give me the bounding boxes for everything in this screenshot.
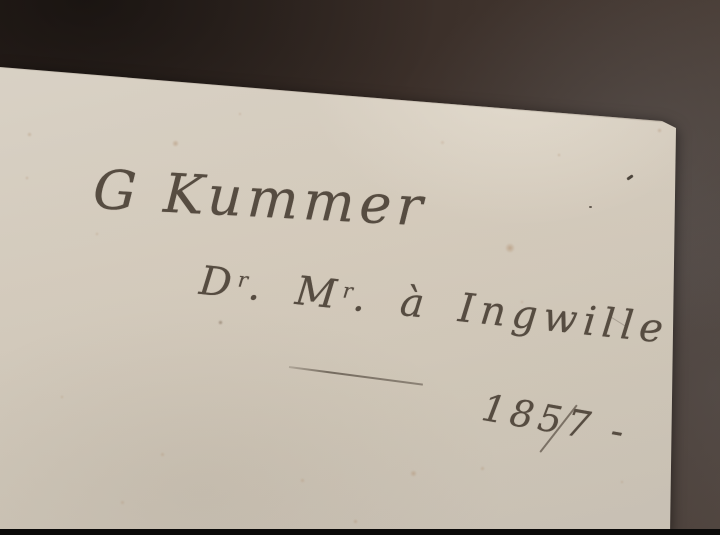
foxing-spot: [25, 176, 29, 180]
foxing-spot: [95, 232, 99, 236]
photo-of-book-inscription: G Kummer Dr. Mr. à Ingwille 1857 -: [0, 0, 720, 535]
address-text: .: [246, 263, 298, 314]
foxing-spot: [120, 500, 125, 505]
foxing-spot: [27, 132, 32, 137]
address-text: . à Ingwille: [351, 274, 672, 353]
foxing-spot: [410, 470, 417, 477]
foxing-spot: [60, 395, 64, 399]
book-page: G Kummer Dr. Mr. à Ingwille 1857 -: [0, 0, 720, 535]
foxing-spot: [353, 519, 358, 524]
foxing-spot: [172, 140, 179, 147]
foxing-spot: [480, 466, 485, 471]
page-top-edge: [0, 65, 686, 125]
foxing-spot: [557, 153, 561, 157]
foxing-spot: [238, 112, 242, 116]
foxing-spot: [300, 478, 305, 483]
foxing-spot: [505, 243, 515, 253]
inscription-name: G Kummer: [92, 158, 429, 238]
book-page-wrap: G Kummer Dr. Mr. à Ingwille 1857 -: [0, 0, 720, 535]
foxing-spot: [657, 128, 662, 133]
inscription-date: 1857 -: [479, 386, 633, 454]
address-text: M: [293, 268, 345, 319]
ink-mark: [589, 206, 592, 208]
foxing-spot: [218, 320, 223, 325]
photo-bottom-edge: [0, 529, 720, 535]
foxing-spot: [620, 480, 624, 484]
foxing-spot: [440, 140, 445, 145]
inscription-underline: [289, 366, 423, 386]
inscription-address: Dr. Mr. à Ingwille: [197, 258, 671, 353]
address-text: D: [197, 258, 240, 308]
foxing-spot: [160, 452, 165, 457]
foxing-spot: [345, 93, 349, 97]
ink-mark: [626, 174, 633, 180]
